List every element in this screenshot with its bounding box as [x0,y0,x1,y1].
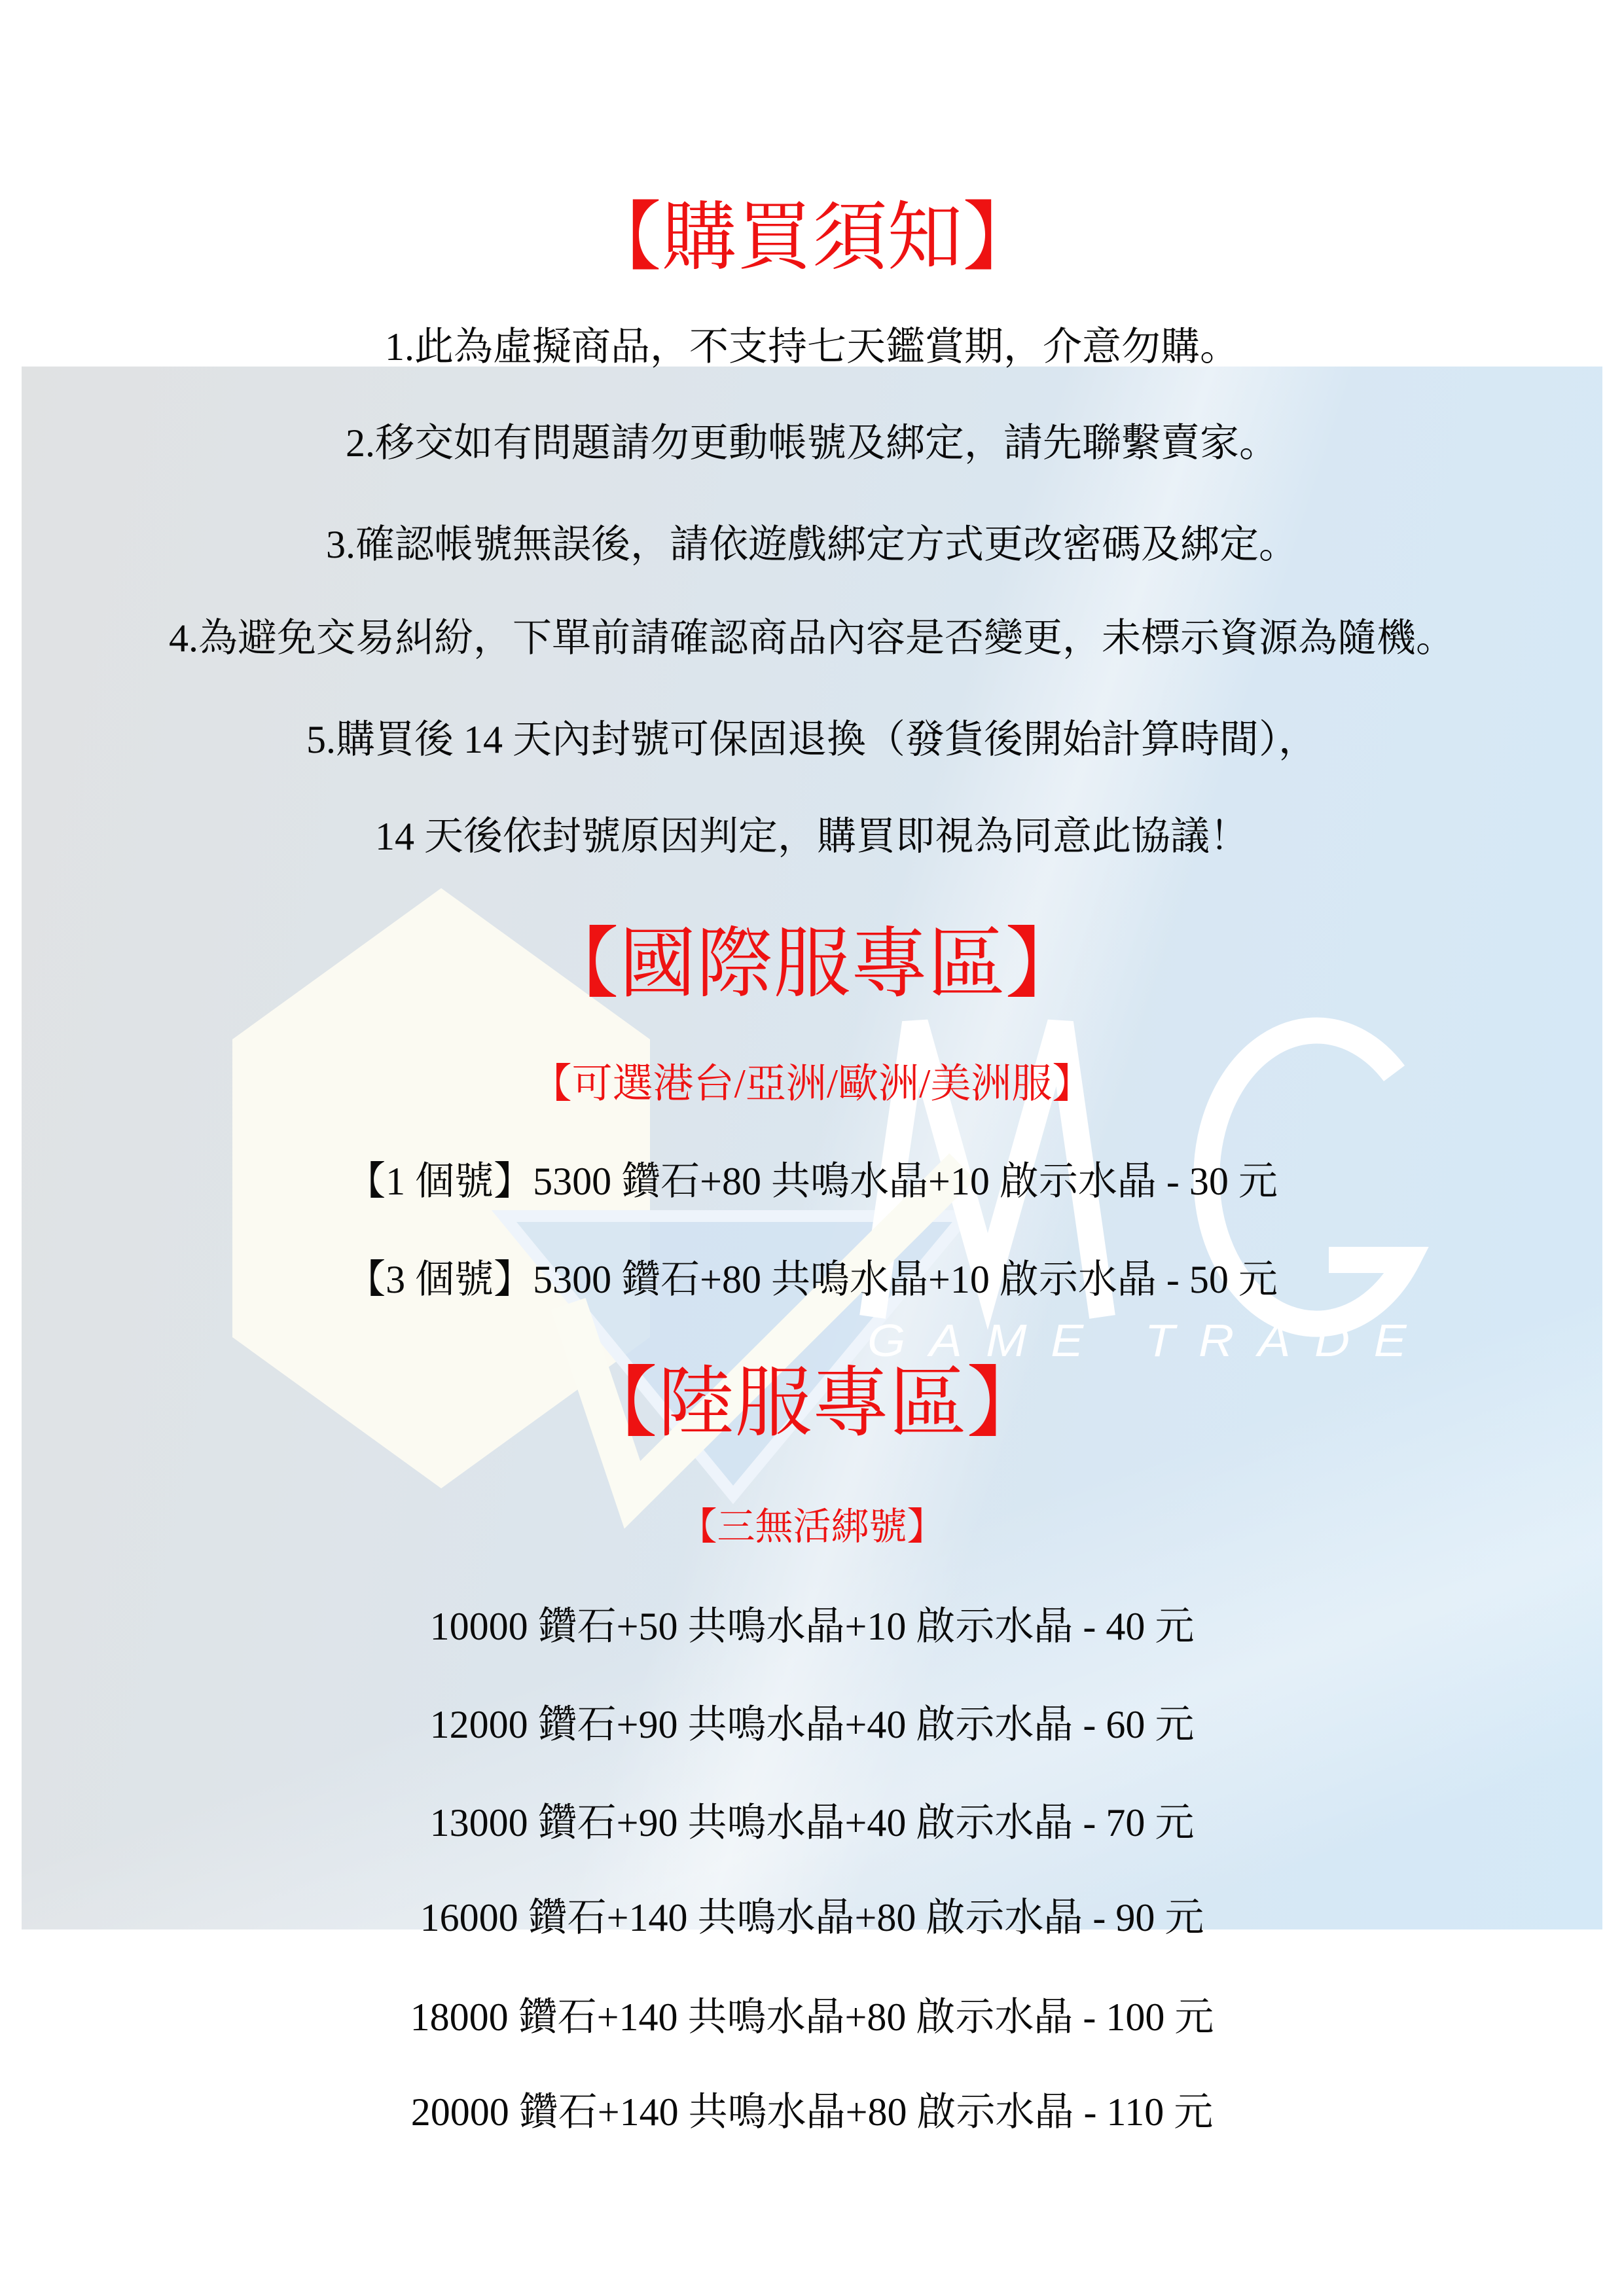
price-item-mainland-1: 10000 鑽石+50 共鳴水晶+10 啟示水晶 - 40 元 [430,1595,1195,1651]
notice-line-3: 3.確認帳號無誤後，請依遊戲綁定方式更改密碼及綁定。 [326,513,1298,569]
price-item-mainland-5: 18000 鑽石+140 共鳴水晶+80 啟示水晶 - 100 元 [410,1986,1214,2042]
price-item-mainland-4: 16000 鑽石+140 共鳴水晶+80 啟示水晶 - 90 元 [420,1886,1204,1943]
notice-line-5: 5.購買後 14 天內封號可保固退換（發貨後開始計算時間）， [306,708,1318,764]
price-item-mainland-3: 13000 鑽石+90 共鳴水晶+40 啟示水晶 - 70 元 [430,1791,1195,1848]
section-subheading-mainland: 【三無活綁號】 [679,1496,945,1551]
section-heading-international: 【國際服專區】 [541,901,1082,1013]
section-heading-mainland: 【陸服專區】 [580,1340,1043,1452]
price-item-mainland-2: 12000 鑽石+90 共鳴水晶+40 啟示水晶 - 60 元 [430,1693,1195,1749]
notice-line-1: 1.此為虛擬商品，不支持七天鑑賞期，介意勿購。 [385,315,1239,372]
notice-line-5-continued: 14 天後依封號原因判定，購買即視為同意此協議！ [375,805,1249,861]
section-subheading-international: 【可選港台/亞洲/歐洲/美洲服】 [532,1051,1093,1109]
page-title: 【購買須知】 [586,177,1038,285]
notice-line-4: 4.為避免交易糾紛，下單前請確認商品內容是否變更，未標示資源為隨機。 [169,607,1455,663]
purchase-notice-poster: GAME TRADE 【購買須知】 1.此為虛擬商品，不支持七天鑑賞期，介意勿購… [0,0,1624,2296]
notice-line-2: 2.移交如有問題請勿更動帳號及綁定，請先聯繫賣家。 [346,412,1278,468]
price-item-mainland-6: 20000 鑽石+140 共鳴水晶+80 啟示水晶 - 110 元 [411,2081,1213,2137]
price-item-international-1: 【1 個號】5300 鑽石+80 共鳴水晶+10 啟示水晶 - 30 元 [346,1150,1278,1206]
price-item-international-2: 【3 個號】5300 鑽石+80 共鳴水晶+10 啟示水晶 - 50 元 [346,1248,1278,1304]
